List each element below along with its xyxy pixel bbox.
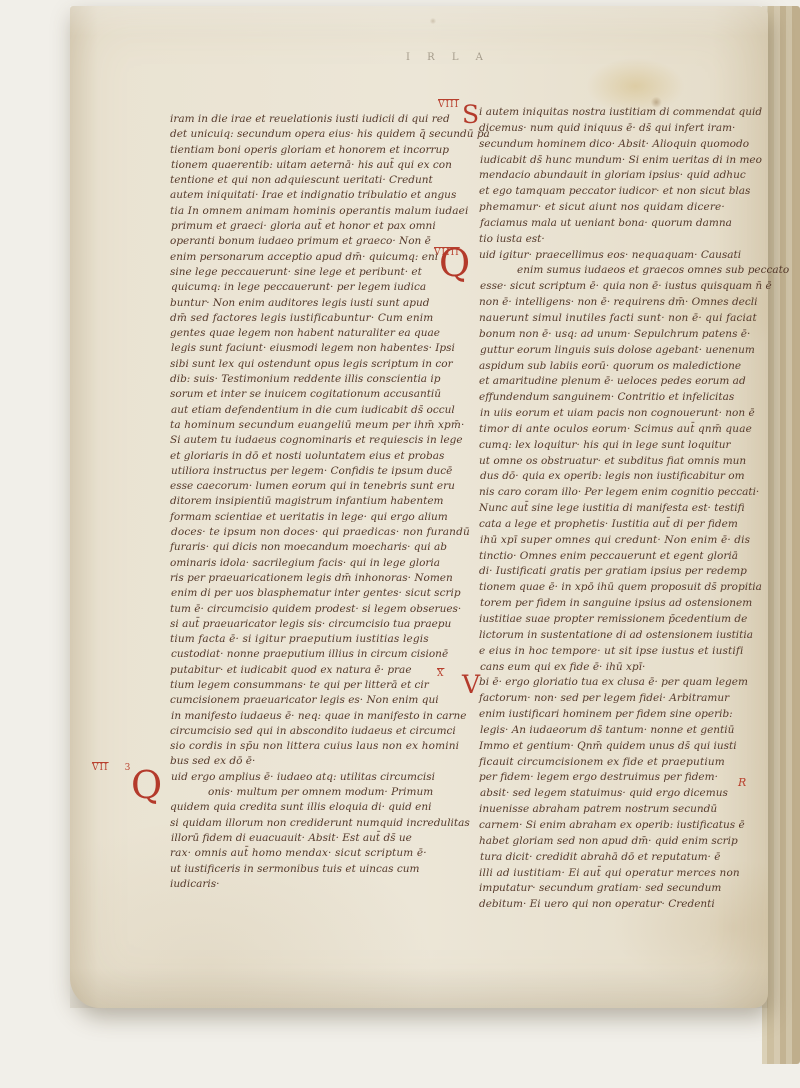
- line-text: gentes quae legem non habent naturaliter…: [170, 327, 440, 339]
- line-text: tium facta ē· si igitur praeputium iusti…: [170, 633, 429, 645]
- text-line: illi ad iustitiam· Ei aut̄ qui operatur …: [479, 866, 751, 882]
- line-text: cumcisionem praeuaricator legis es· Non …: [170, 694, 439, 706]
- text-line: et gloriaris in dō et nosti uoluntatem e…: [170, 449, 456, 464]
- text-line: et ego tamquam peccator iudicor· et non …: [479, 184, 751, 200]
- line-text: timor di ante oculos eorum· Scimus aut̄ …: [479, 423, 752, 435]
- line-text: ditorem insipientiū magistrum infantium …: [170, 495, 444, 507]
- line-text: dus dō· quia ex operib: legis non iustif…: [480, 470, 745, 482]
- text-line: furaris· qui dicis non moecandum moechar…: [170, 540, 456, 555]
- line-text: tentione et qui non adquiescunt ueritati…: [170, 174, 433, 186]
- text-line: effundendum sanguinem· Contritio et infe…: [479, 390, 751, 406]
- line-text: ta hominum secundum euangeliū meum per i…: [170, 419, 465, 431]
- numeral-text: VIII: [438, 100, 459, 110]
- rubric-initial: Q: [131, 766, 162, 804]
- text-line: esse caecorum· lumen eorum qui in tenebr…: [170, 479, 456, 494]
- line-text: enim di per uos blasphematur inter gente…: [171, 587, 461, 599]
- text-line: legis· An iudaeorum ds̄ tantum· nonne et…: [480, 723, 751, 739]
- text-line: enim sumus iudaeos et graecos omnes sub …: [479, 263, 751, 279]
- line-text: sorum et inter se inuicem cogitationum a…: [170, 388, 441, 400]
- line-text: et amaritudine plenum ē· ueloces pedes e…: [479, 375, 746, 387]
- text-line: autem iniquitati· Irae et indignatio tri…: [170, 188, 456, 203]
- line-text: sine lege peccauerunt· sine lege et peri…: [170, 266, 422, 278]
- line-text: non ē· intelligens· non ē· requirens dm̄…: [479, 296, 758, 308]
- text-line: debitum· Ei uero qui non operatur· Crede…: [479, 897, 751, 913]
- text-line: ris per praeuaricationem legis dm̄ inhon…: [170, 571, 456, 586]
- text-line: enim iustificari hominem per fidem sine …: [479, 707, 751, 723]
- text-line: putabitur· et iudicabit quod ex natura ē…: [170, 663, 456, 678]
- line-text: Si autem tu iudaeus cognominaris et requ…: [170, 434, 463, 446]
- text-line: Si autem tu iudaeus cognominaris et requ…: [170, 433, 456, 448]
- line-text: nis caro coram illo· Per legem enim cogn…: [479, 486, 759, 498]
- line-text: tientiam boni operis gloriam et honorem …: [170, 144, 449, 156]
- text-line: dus dō· quia ex operib: legis non iustif…: [480, 469, 751, 485]
- line-text: custodiat· nonne praeputium illius in ci…: [171, 648, 448, 660]
- line-text: et gloriaris in dō et nosti uoluntatem e…: [170, 450, 444, 462]
- line-text: in uiis eorum et uiam pacis non cognouer…: [480, 407, 755, 419]
- text-line: nauerunt simul inutiles facti sunt· non …: [479, 311, 751, 327]
- text-line: tium legem consummans· te qui per litter…: [170, 678, 456, 693]
- line-text: sio cordis in sp̄u non littera cuius lau…: [170, 740, 459, 752]
- text-line: torem per fidem in sanguine ipsius ad os…: [480, 596, 751, 612]
- line-text: illorū fidem di euacuauit· Absit· Est au…: [171, 832, 412, 844]
- line-text: carnem· Si enim abraham ex operib: iusti…: [479, 819, 745, 831]
- text-line: imputatur· secundum gratiam· sed secundu…: [479, 881, 751, 897]
- line-text: sibi sunt lex qui ostendunt opus legis s…: [170, 358, 453, 370]
- text-line: Si autem iniquitas nostra iustitiam di c…: [479, 105, 751, 121]
- line-text: cans eum qui ex fide ē· ihū xpī·: [480, 661, 645, 673]
- line-text: dicemus· num quid iniquus ē· ds̄ qui inf…: [479, 122, 735, 134]
- text-line: aut etiam defendentium in die cum iudica…: [171, 403, 456, 418]
- line-text: per fidem· legem ergo destruimus per fid…: [479, 771, 718, 783]
- text-line: mendacio abundauit in gloriam ipsius· qu…: [479, 168, 751, 184]
- line-text: enim personarum acceptio apud dm̄· quicu…: [170, 251, 438, 263]
- text-line: timor di ante oculos eorum· Scimus aut̄ …: [479, 422, 751, 438]
- text-line: enim di per uos blasphematur inter gente…: [171, 586, 456, 601]
- line-text: esse· sicut scriptum ē· quia non ē· iust…: [480, 280, 772, 292]
- text-line: secundum hominem dico· Absit· Alioquin q…: [479, 137, 751, 153]
- text-line: phemamur· et sicut aiunt nos quidam dice…: [479, 200, 751, 216]
- text-line: ihū xpī super omnes qui credunt· Non eni…: [480, 533, 751, 549]
- line-text: ficauit circumcisionem ex fide et praepu…: [479, 756, 725, 768]
- rubric-initial: V: [462, 672, 480, 697]
- line-text: det unicuiq: secundum opera eius· his qu…: [170, 128, 490, 140]
- line-text: in manifesto iudaeus ē· neq: quae in man…: [171, 710, 466, 722]
- text-line: per fidem· legem ergo destruimus per fid…: [479, 770, 751, 786]
- text-line: dib: suis· Testimonium reddente illis co…: [170, 372, 456, 387]
- text-line: guttur eorum linguis suis dolose agebant…: [480, 343, 751, 359]
- line-text: tio iusta est·: [479, 233, 545, 245]
- line-text: tum ē· circumcisio quidem prodest· si le…: [170, 603, 461, 615]
- text-line: quidem quia credita sunt illis eloquia d…: [170, 800, 456, 815]
- line-text: Immo et gentium· Qnm̄ quidem unus ds̄ qu…: [479, 740, 737, 752]
- text-line: iustitiae suae propter remissionem p̄ced…: [479, 612, 751, 628]
- text-line: tionem quaerentib: uitam aeternā· his au…: [171, 158, 456, 173]
- text-line: iram in die irae et reuelationis iusti i…: [170, 112, 456, 127]
- text-line: Vbi ē· ergo gloriatio tua ex clusa ē· pe…: [479, 675, 751, 691]
- text-line: onis· multum per omnem modum· Primum: [170, 785, 456, 800]
- text-line: aspidum sub labiis eorū· quorum os maled…: [479, 359, 751, 375]
- text-line: faciamus mala ut ueniant bona· quorum da…: [480, 216, 751, 232]
- line-text: illi ad iustitiam· Ei aut̄ qui operatur …: [479, 867, 740, 879]
- text-line: dm̄ sed factores legis iustificabuntur· …: [170, 311, 456, 326]
- text-line: iudicabit ds̄ hunc mundum· Si enim uerit…: [480, 153, 751, 169]
- text-line: cata a lege et prophetis· Iustitia aut̄ …: [479, 517, 751, 533]
- text-line: legis sunt faciunt· eiusmodi legem non h…: [171, 341, 456, 356]
- text-line: primum et graeci· gloria aut̄ et honor e…: [171, 219, 456, 234]
- text-line: esse· sicut scriptum ē· quia non ē· iust…: [480, 279, 751, 295]
- rubric-initial: S: [462, 102, 479, 127]
- line-text: torem per fidem in sanguine ipsius ad os…: [480, 597, 752, 609]
- text-line: in manifesto iudaeus ē· neq: quae in man…: [171, 709, 456, 724]
- numeral-text: VII: [92, 763, 109, 773]
- text-line: utiliora instructus per legem· Confidis …: [171, 464, 456, 479]
- text-line: dicemus· num quid iniquus ē· ds̄ qui inf…: [479, 121, 751, 137]
- text-line: non ē· intelligens· non ē· requirens dm̄…: [479, 295, 751, 311]
- line-text: phemamur· et sicut aiunt nos quidam dice…: [479, 201, 725, 213]
- line-text: tinctio· Omnes enim peccauerunt et egent…: [479, 550, 738, 562]
- text-line: quicumq: in lege peccauerunt· per legem …: [171, 280, 456, 295]
- line-text: operanti bonum iudaeo primum et graeco· …: [170, 235, 431, 247]
- text-line: tum ē· circumcisio quidem prodest· si le…: [170, 602, 456, 617]
- line-text: putabitur· et iudicabit quod ex natura ē…: [170, 664, 412, 676]
- text-line: Quid ergo amplius ē· iudaeo atq: utilita…: [171, 770, 456, 785]
- line-text: legis sunt faciunt· eiusmodi legem non h…: [171, 342, 455, 354]
- line-text: legis· An iudaeorum ds̄ tantum· nonne et…: [480, 724, 734, 736]
- quire-mark: I R L A: [406, 52, 490, 63]
- line-text: iustitiae suae propter remissionem p̄ced…: [479, 613, 747, 625]
- line-text: bi ē· ergo gloriatio tua ex clusa ē· per…: [479, 676, 748, 688]
- text-line: ficauit circumcisionem ex fide et praepu…: [479, 755, 751, 771]
- text-line: illorū fidem di euacuauit· Absit· Est au…: [171, 831, 456, 846]
- line-text: effundendum sanguinem· Contritio et infe…: [479, 391, 734, 403]
- text-line: habet gloriam sed non apud dm̄· quid eni…: [479, 834, 751, 850]
- line-text: enim sumus iudaeos et graecos omnes sub …: [517, 264, 789, 276]
- line-text: si aut̄ praeuaricator legis sis· circumc…: [170, 618, 451, 630]
- line-text: furaris· qui dicis non moecandum moechar…: [170, 541, 447, 553]
- line-text: iram in die irae et reuelationis iusti i…: [170, 113, 450, 125]
- line-text: aspidum sub labiis eorū· quorum os maled…: [479, 360, 741, 372]
- text-line: cumq: lex loquitur· his qui in lege sunt…: [479, 438, 751, 454]
- text-line: cumcisionem praeuaricator legis es· Non …: [170, 693, 456, 708]
- chapter-numeral-vii: VII3: [92, 763, 131, 773]
- text-column-left: iram in die irae et reuelationis iusti i…: [170, 112, 456, 892]
- text-line: tionem quae ē· in xpō ihū quem proposuit…: [479, 580, 751, 596]
- text-line: et amaritudine plenum ē· ueloces pedes e…: [479, 374, 751, 390]
- text-line: det unicuiq: secundum opera eius· his qu…: [170, 127, 456, 142]
- line-text: lictorum in sustentatione di ad ostensio…: [479, 629, 753, 641]
- line-text: ris per praeuaricationem legis dm̄ inhon…: [170, 572, 453, 584]
- text-line: di· Iustificati gratis per gratiam ipsiu…: [479, 564, 751, 580]
- line-text: guttur eorum linguis suis dolose agebant…: [480, 344, 755, 356]
- text-column-right: Si autem iniquitas nostra iustitiam di c…: [479, 105, 751, 913]
- text-line: Quid igitur· praecellimus eos· nequaquam…: [479, 248, 751, 264]
- text-line: ditorem insipientiū magistrum infantium …: [170, 494, 456, 509]
- line-text: et ego tamquam peccator iudicor· et non …: [479, 185, 750, 197]
- line-text: habet gloriam sed non apud dm̄· quid eni…: [479, 835, 738, 847]
- line-text: quidem quia credita sunt illis eloquia d…: [170, 801, 431, 813]
- section-numeral-viii: VIII: [438, 100, 459, 110]
- line-text: autem iniquitati· Irae et indignatio tri…: [170, 189, 456, 201]
- line-text: imputatur· secundum gratiam· sed secundu…: [479, 882, 721, 894]
- line-text: cumq: lex loquitur· his qui in lege sunt…: [479, 439, 731, 451]
- text-line: buntur· Non enim auditores legis iusti s…: [170, 296, 456, 311]
- line-text: Nunc aut̄ sine lege iustitia di manifest…: [479, 502, 745, 514]
- text-line: ut omne os obstruatur· et subditus fiat …: [479, 454, 751, 470]
- text-line: tentione et qui non adquiescunt ueritati…: [170, 173, 456, 188]
- line-text: bonum non ē· usq: ad unum· Sepulchrum pa…: [479, 328, 750, 340]
- text-line: tientiam boni operis gloriam et honorem …: [170, 143, 456, 158]
- text-line: ta hominum secundum euangeliū meum per i…: [170, 418, 456, 433]
- line-text: tionem quae ē· in xpō ihū quem proposuit…: [479, 581, 762, 593]
- text-line: tium facta ē· si igitur praeputium iusti…: [170, 632, 456, 647]
- text-line: in uiis eorum et uiam pacis non cognouer…: [480, 406, 751, 422]
- line-text: factorum· non· sed per legem fidei· Arbi…: [479, 692, 729, 704]
- line-text: iudicabit ds̄ hunc mundum· Si enim uerit…: [480, 154, 762, 166]
- line-text: absit· sed legem statuimus· quid ergo di…: [480, 787, 728, 799]
- line-text: dm̄ sed factores legis iustificabuntur· …: [170, 312, 433, 324]
- line-text: ihū xpī super omnes qui credunt· Non eni…: [480, 534, 750, 546]
- text-line: absit· sed legem statuimus· quid ergo di…: [480, 786, 751, 802]
- text-line: bus sed ex dō ē·: [170, 754, 456, 769]
- line-text: inuenisse abraham patrem nostrum secundū: [479, 803, 717, 815]
- line-text: ut omne os obstruatur· et subditus fiat …: [479, 455, 746, 467]
- text-line: tura dicit· credidit abrahā dō et reputa…: [480, 850, 751, 866]
- text-line: factorum· non· sed per legem fidei· Arbi…: [479, 691, 751, 707]
- text-line: sio cordis in sp̄u non littera cuius lau…: [170, 739, 456, 754]
- text-line: sine lege peccauerunt· sine lege et peri…: [170, 265, 456, 280]
- line-text: esse caecorum· lumen eorum qui in tenebr…: [170, 480, 455, 492]
- rubric-initial: Q: [439, 244, 470, 282]
- text-line: iudicaris·: [170, 877, 456, 892]
- line-text: bus sed ex dō ē·: [170, 755, 255, 767]
- text-line: Nunc aut̄ sine lege iustitia di manifest…: [479, 501, 751, 517]
- line-text: uid ergo amplius ē· iudaeo atq: utilitas…: [171, 771, 435, 783]
- line-text: mendacio abundauit in gloriam ipsius· qu…: [479, 169, 746, 181]
- text-line: e eius in hoc tempore· ut sit ipse iustu…: [479, 644, 751, 660]
- parchment-page: I R L A VII3 VIII VIIII X R iram in die …: [70, 6, 768, 1008]
- text-line: circumcisio sed qui in abscondito iudaeu…: [170, 724, 456, 739]
- text-line: sorum et inter se inuicem cogitationum a…: [170, 387, 456, 402]
- text-line: ut iustificeris in sermonibus tuis et ui…: [170, 862, 456, 877]
- text-line: sibi sunt lex qui ostendunt opus legis s…: [170, 357, 456, 372]
- text-line: nis caro coram illo· Per legem enim cogn…: [479, 485, 751, 501]
- line-text: tium legem consummans· te qui per litter…: [170, 679, 429, 691]
- line-text: tia In omnem animam hominis operantis ma…: [170, 205, 469, 217]
- line-text: circumcisio sed qui in abscondito iudaeu…: [170, 725, 456, 737]
- text-line: cans eum qui ex fide ē· ihū xpī·: [480, 660, 751, 676]
- line-text: aut etiam defendentium in die cum iudica…: [171, 404, 455, 416]
- text-line: ominaris idola· sacrilegium facis· qui i…: [170, 556, 456, 571]
- text-line: inuenisse abraham patrem nostrum secundū: [479, 802, 751, 818]
- line-text: ut iustificeris in sermonibus tuis et ui…: [170, 863, 419, 875]
- text-line: si quidam illorum non crediderunt numqui…: [170, 816, 456, 831]
- manuscript-photo: I R L A VII3 VIII VIIII X R iram in die …: [0, 0, 800, 1088]
- text-line: tinctio· Omnes enim peccauerunt et egent…: [479, 549, 751, 565]
- line-text: enim iustificari hominem per fidem sine …: [479, 708, 733, 720]
- line-text: doces· te ipsum non doces· qui praedicas…: [171, 526, 470, 538]
- line-text: utiliora instructus per legem· Confidis …: [171, 465, 452, 477]
- text-line: gentes quae legem non habent naturaliter…: [170, 326, 456, 341]
- text-line: custodiat· nonne praeputium illius in ci…: [171, 647, 456, 662]
- text-line: doces· te ipsum non doces· qui praedicas…: [171, 525, 456, 540]
- text-line: carnem· Si enim abraham ex operib: iusti…: [479, 818, 751, 834]
- text-line: formam scientiae et ueritatis in lege· q…: [170, 510, 456, 525]
- text-line: rax· omnis aut̄ homo mendax· sicut scrip…: [170, 846, 456, 861]
- line-text: i autem iniquitas nostra iustitiam di co…: [479, 106, 762, 118]
- text-line: operanti bonum iudaeo primum et graeco· …: [170, 234, 456, 249]
- text-line: lictorum in sustentatione di ad ostensio…: [479, 628, 751, 644]
- line-text: e eius in hoc tempore· ut sit ipse iustu…: [479, 645, 743, 657]
- line-text: nauerunt simul inutiles facti sunt· non …: [479, 312, 757, 324]
- line-text: ominaris idola· sacrilegium facis· qui i…: [170, 557, 440, 569]
- line-text: si quidam illorum non crediderunt numqui…: [170, 817, 470, 829]
- line-text: uid igitur· praecellimus eos· nequaquam·…: [479, 249, 741, 261]
- text-line: si aut̄ praeuaricator legis sis· circumc…: [170, 617, 456, 632]
- text-line: tia In omnem animam hominis operantis ma…: [170, 204, 456, 219]
- line-text: di· Iustificati gratis per gratiam ipsiu…: [479, 565, 747, 577]
- line-text: cata a lege et prophetis· Iustitia aut̄ …: [479, 518, 738, 530]
- line-text: secundum hominem dico· Absit· Alioquin q…: [479, 138, 749, 150]
- line-text: quicumq: in lege peccauerunt· per legem …: [171, 281, 426, 293]
- line-text: tionem quaerentib: uitam aeternā· his au…: [171, 159, 452, 171]
- line-text: buntur· Non enim auditores legis iusti s…: [170, 297, 430, 309]
- line-text: tura dicit· credidit abrahā dō et reputa…: [480, 851, 720, 863]
- line-text: iudicaris·: [170, 878, 219, 890]
- text-line: enim personarum acceptio apud dm̄· quicu…: [170, 250, 456, 265]
- line-text: onis· multum per omnem modum· Primum: [208, 786, 433, 798]
- text-line: tio iusta est·: [479, 232, 751, 248]
- line-text: faciamus mala ut ueniant bona· quorum da…: [480, 217, 732, 229]
- line-text: dib: suis· Testimonium reddente illis co…: [170, 373, 440, 385]
- text-line: bonum non ē· usq: ad unum· Sepulchrum pa…: [479, 327, 751, 343]
- line-text: primum et graeci· gloria aut̄ et honor e…: [171, 220, 436, 232]
- line-text: formam scientiae et ueritatis in lege· q…: [170, 511, 448, 523]
- line-text: rax· omnis aut̄ homo mendax· sicut scrip…: [170, 847, 427, 859]
- text-line: Immo et gentium· Qnm̄ quidem unus ds̄ qu…: [479, 739, 751, 755]
- line-text: debitum· Ei uero qui non operatur· Crede…: [479, 898, 715, 910]
